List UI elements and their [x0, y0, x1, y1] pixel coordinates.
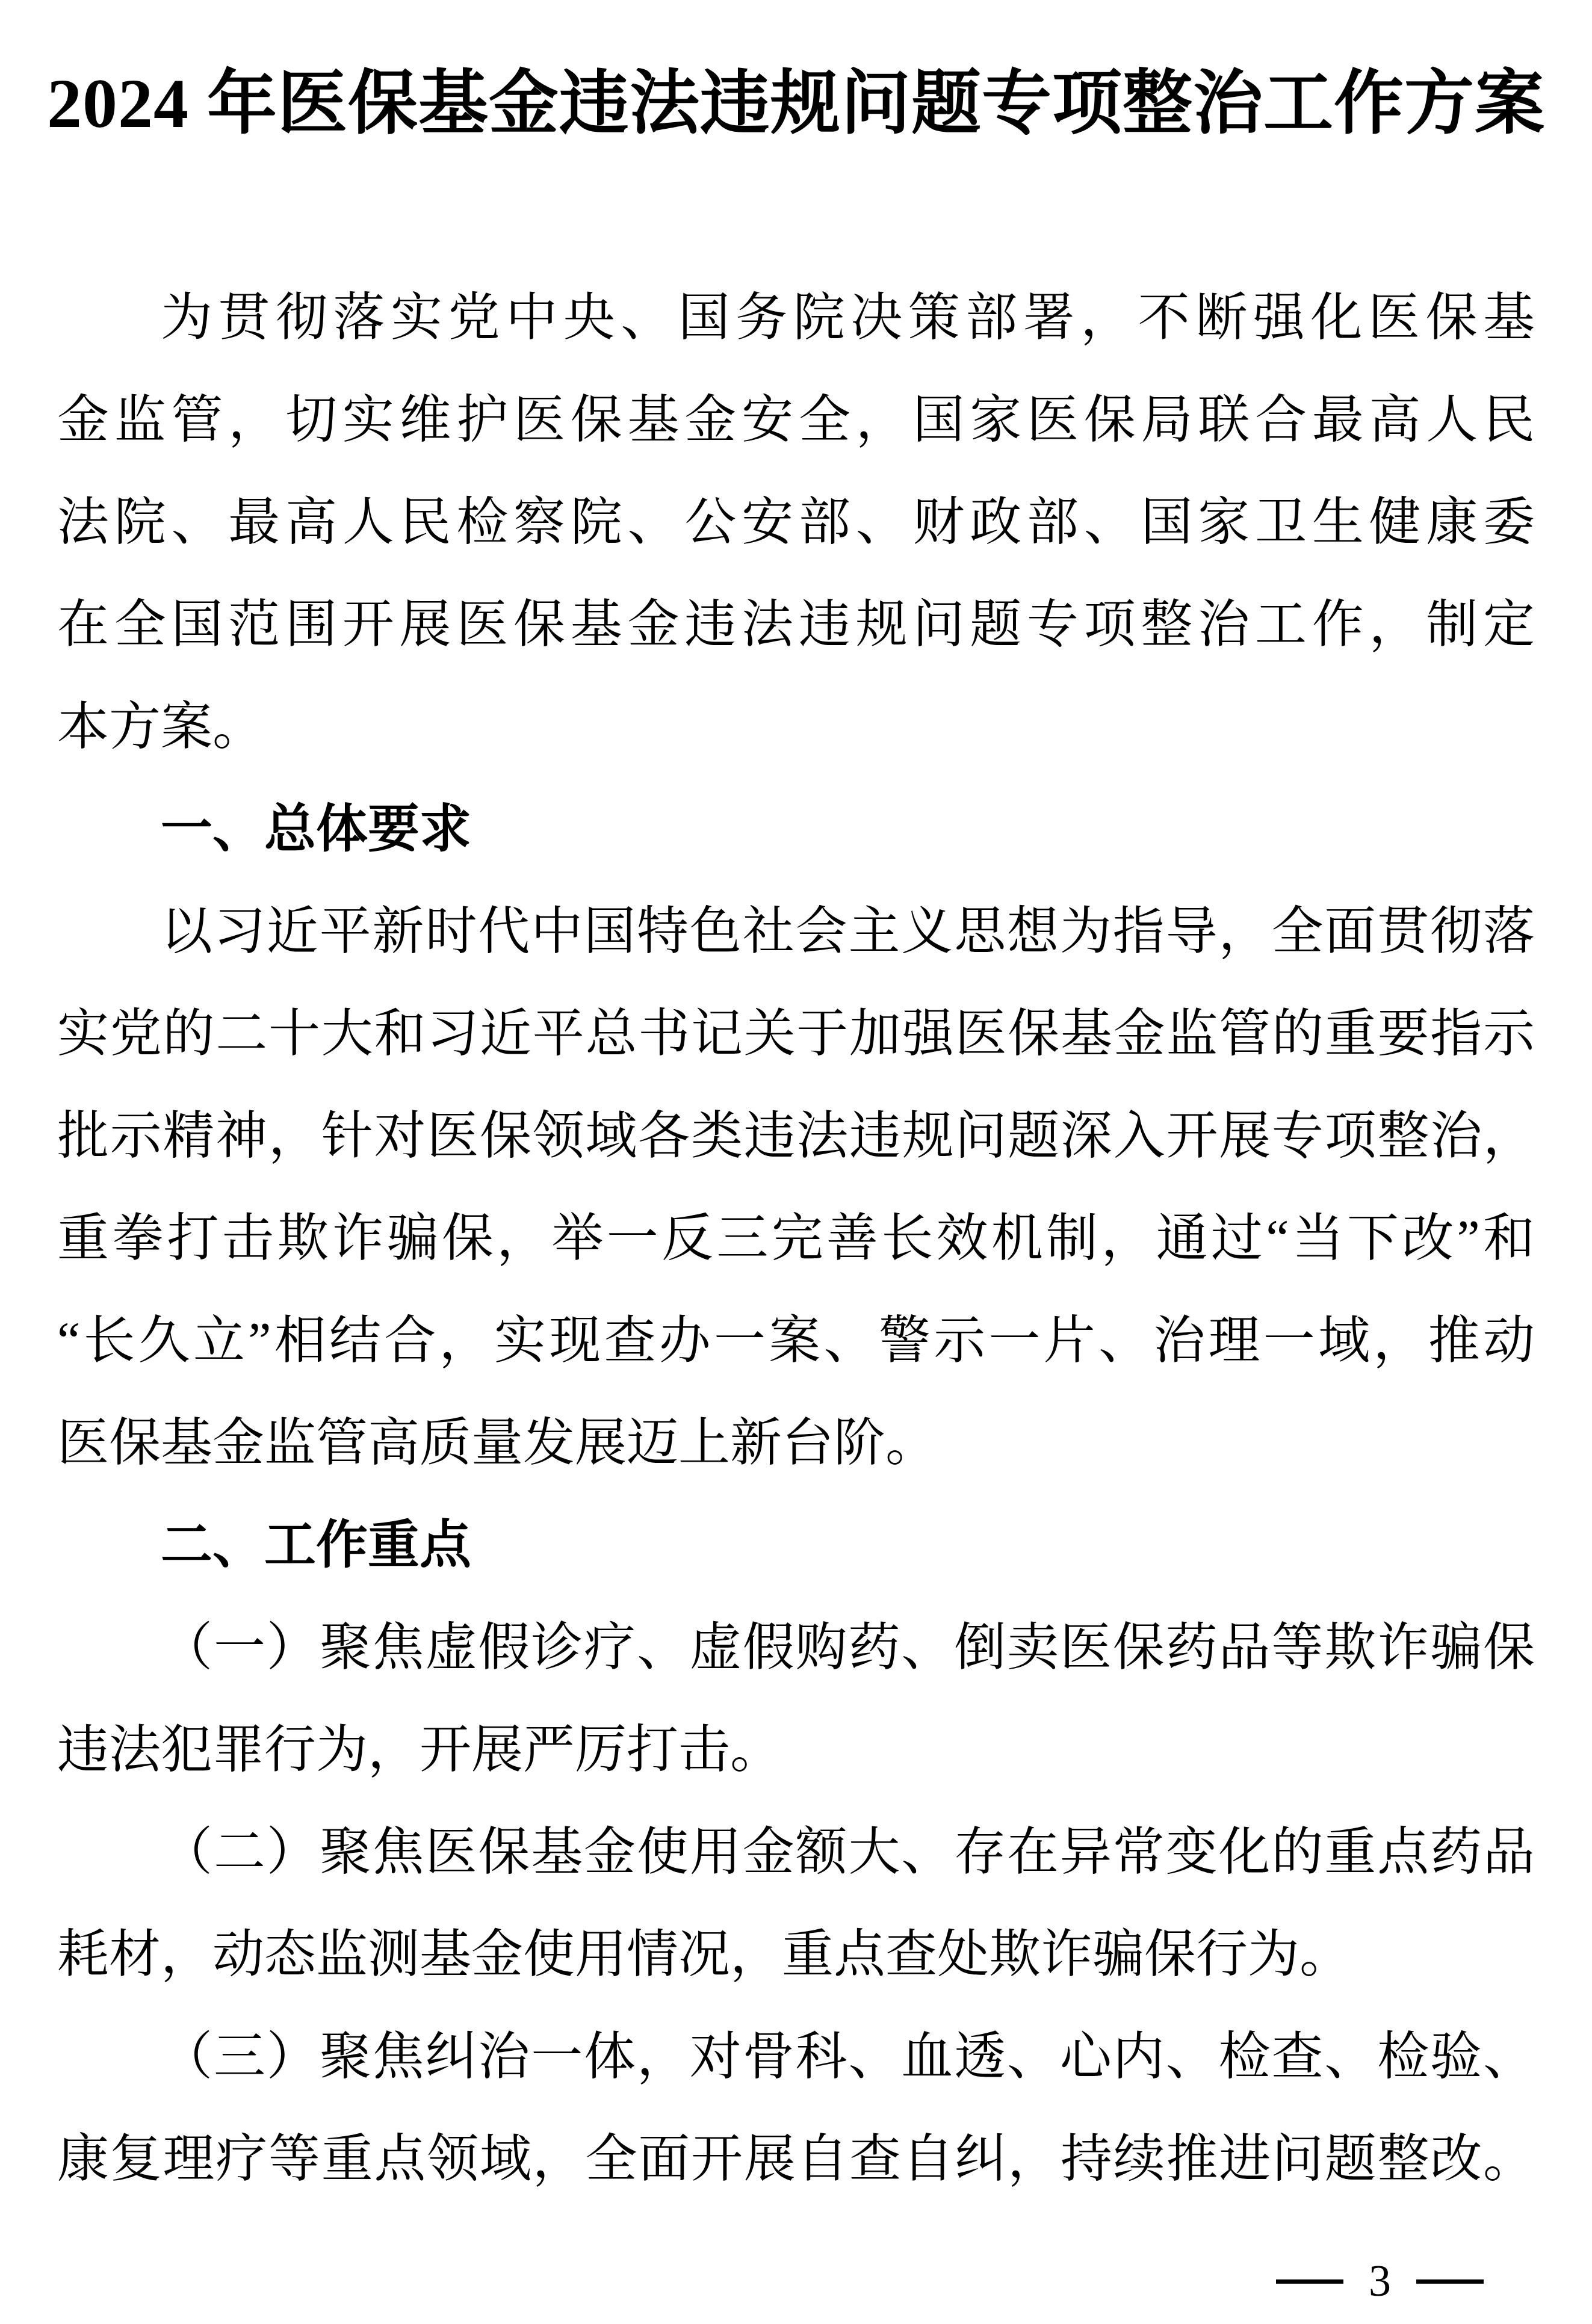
page-number: 3 [1276, 2251, 1484, 2311]
paragraph-focus-item-2: （二）聚焦医保基金使用金额大、存在异常变化的重点药品 耗材，动态监测基金使用情况… [57, 1801, 1535, 2006]
body-line: 金监管，切实维护医保基金安全，国家医保局联合最高人民 [57, 369, 1535, 471]
paragraph-intro: 为贯彻落实党中央、国务院决策部署，不断强化医保基 金监管，切实维护医保基金安全，… [57, 267, 1535, 778]
page-number-dash [1416, 2279, 1484, 2284]
body-line: 违法犯罪行为，开展严厉打击。 [57, 1699, 1535, 1801]
body-line: “长久立”相结合，实现查办一案、警示一片、治理一域，推动 [57, 1290, 1535, 1392]
doc-title: 2024 年医保基金违法违规问题专项整治工作方案 [0, 0, 1592, 155]
body-line: 在全国范围开展医保基金违法违规问题专项整治工作，制定 [57, 573, 1535, 676]
body-line: 法院、最高人民检察院、公安部、财政部、国家卫生健康委 [57, 471, 1535, 573]
body-line: （三）聚焦纠治一体，对骨科、血透、心内、检查、检验、 [57, 2006, 1535, 2108]
body-line: 耗材，动态监测基金使用情况，重点查处欺诈骗保行为。 [57, 1903, 1535, 2006]
section-heading-work-focus: 二、工作重点 [57, 1494, 1535, 1596]
document-page: 2024 年医保基金违法违规问题专项整治工作方案 为贯彻落实党中央、国务院决策部… [0, 0, 1592, 2324]
body-line: 为贯彻落实党中央、国务院决策部署，不断强化医保基 [57, 267, 1535, 369]
body-line: （二）聚焦医保基金使用金额大、存在异常变化的重点药品 [57, 1801, 1535, 1903]
body-line: 康复理疗等重点领域，全面开展自查自纠，持续推进问题整改。 [57, 2108, 1535, 2210]
body-line: 重拳打击欺诈骗保，举一反三完善长效机制，通过“当下改”和 [57, 1187, 1535, 1290]
body-line: 以习近平新时代中国特色社会主义思想为指导，全面贯彻落 [57, 880, 1535, 983]
paragraph-focus-item-3: （三）聚焦纠治一体，对骨科、血透、心内、检查、检验、 康复理疗等重点领域，全面开… [57, 2006, 1535, 2210]
section-heading-overall-requirements: 一、总体要求 [57, 778, 1535, 880]
body-line: 本方案。 [57, 676, 1535, 778]
body-line: （一）聚焦虚假诊疗、虚假购药、倒卖医保药品等欺诈骗保 [57, 1596, 1535, 1699]
body-line: 批示精神，针对医保领域各类违法违规问题深入开展专项整治， [57, 1085, 1535, 1187]
paragraph-focus-item-1: （一）聚焦虚假诊疗、虚假购药、倒卖医保药品等欺诈骗保 违法犯罪行为，开展严厉打击… [57, 1596, 1535, 1801]
body-line: 实党的二十大和习近平总书记关于加强医保基金监管的重要指示 [57, 983, 1535, 1085]
page-number-dash [1276, 2279, 1343, 2284]
body-line: 医保基金监管高质量发展迈上新台阶。 [57, 1392, 1535, 1494]
page-number-value: 3 [1369, 2251, 1391, 2311]
paragraph-overall-requirements: 以习近平新时代中国特色社会主义思想为指导，全面贯彻落 实党的二十大和习近平总书记… [57, 880, 1535, 1494]
document-body: 为贯彻落实党中央、国务院决策部署，不断强化医保基 金监管，切实维护医保基金安全，… [57, 267, 1535, 2210]
